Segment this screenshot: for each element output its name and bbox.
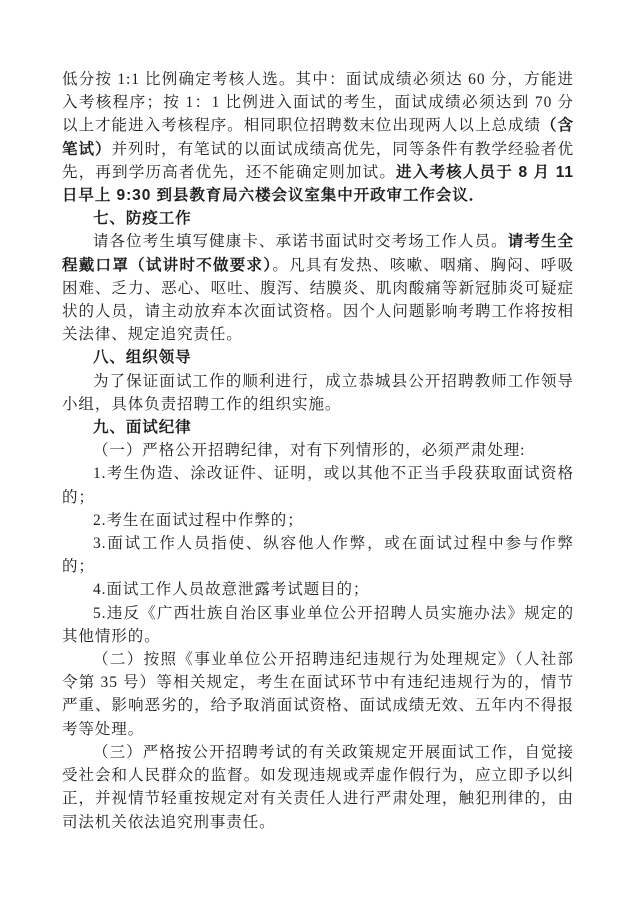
paragraph: 为了保证面试工作的顺利进行，成立恭城县公开招聘教师工作领导小组，具体负责招聘工作…	[62, 370, 574, 416]
paragraph: 3.面试工作人员指使、纵容他人作弊，或在面试过程中参与作弊的；	[62, 532, 574, 578]
text-run: 请各位考生填写健康卡、承诺书面试时交考场工作人员。	[93, 233, 508, 250]
document-page: 低分按 1:1 比例确定考核人选。其中：面试成绩必须达 60 分，方能进入考核程…	[0, 0, 636, 900]
section-heading: 七、防疫工作	[62, 207, 574, 230]
paragraph: 2.考生在面试过程中作弊的；	[62, 509, 574, 532]
bold-text-run: 九、面试纪律	[93, 419, 192, 436]
text-run: 5.违反《广西壮族自治区事业单位公开招聘人员实施办法》规定的其他情形的。	[62, 605, 574, 645]
text-run: （二）按照《事业单位公开招聘违纪违规行为处理规定》（人社部令第 35 号）等相关…	[62, 651, 574, 738]
paragraph: （三）严格按公开招聘考试的有关政策规定开展面试工作，自觉接受社会和人民群众的监督…	[62, 741, 574, 834]
paragraph: 4.面试工作人员故意泄露考试题目的；	[62, 578, 574, 601]
paragraph: 低分按 1:1 比例确定考核人选。其中：面试成绩必须达 60 分，方能进入考核程…	[62, 68, 574, 207]
document-body: 低分按 1:1 比例确定考核人选。其中：面试成绩必须达 60 分，方能进入考核程…	[62, 68, 574, 834]
paragraph: 请各位考生填写健康卡、承诺书面试时交考场工作人员。请考生全程戴口罩（试讲时不做要…	[62, 230, 574, 346]
text-run: （三）严格按公开招聘考试的有关政策规定开展面试工作，自觉接受社会和人民群众的监督…	[62, 744, 574, 831]
text-run: （一）严格公开招聘纪律，对有下列情形的，必须严肃处理:	[93, 442, 525, 459]
paragraph: 1.考生伪造、涂改证件、证明，或以其他不正当手段获取面试资格的；	[62, 462, 574, 508]
bold-text-run: 七、防疫工作	[93, 210, 192, 227]
paragraph: 5.违反《广西壮族自治区事业单位公开招聘人员实施办法》规定的其他情形的。	[62, 602, 574, 648]
text-run: 2.考生在面试过程中作弊的；	[93, 512, 304, 529]
text-run: 低分按 1:1 比例确定考核人选。其中：面试成绩必须达 60 分，方能进入考核程…	[62, 71, 574, 134]
text-run: 4.面试工作人员故意泄露考试题目的；	[93, 581, 369, 598]
paragraph: （一）严格公开招聘纪律，对有下列情形的，必须严肃处理:	[62, 439, 574, 462]
paragraph: （二）按照《事业单位公开招聘违纪违规行为处理规定》（人社部令第 35 号）等相关…	[62, 648, 574, 741]
text-run: 3.面试工作人员指使、纵容他人作弊，或在面试过程中参与作弊的；	[62, 535, 574, 575]
section-heading: 九、面试纪律	[62, 416, 574, 439]
section-heading: 八、组织领导	[62, 346, 574, 369]
bold-text-run: 八、组织领导	[93, 349, 192, 366]
text-run: 1.考生伪造、涂改证件、证明，或以其他不正当手段获取面试资格的；	[62, 465, 574, 505]
text-run: 为了保证面试工作的顺利进行，成立恭城县公开招聘教师工作领导小组，具体负责招聘工作…	[62, 373, 574, 413]
